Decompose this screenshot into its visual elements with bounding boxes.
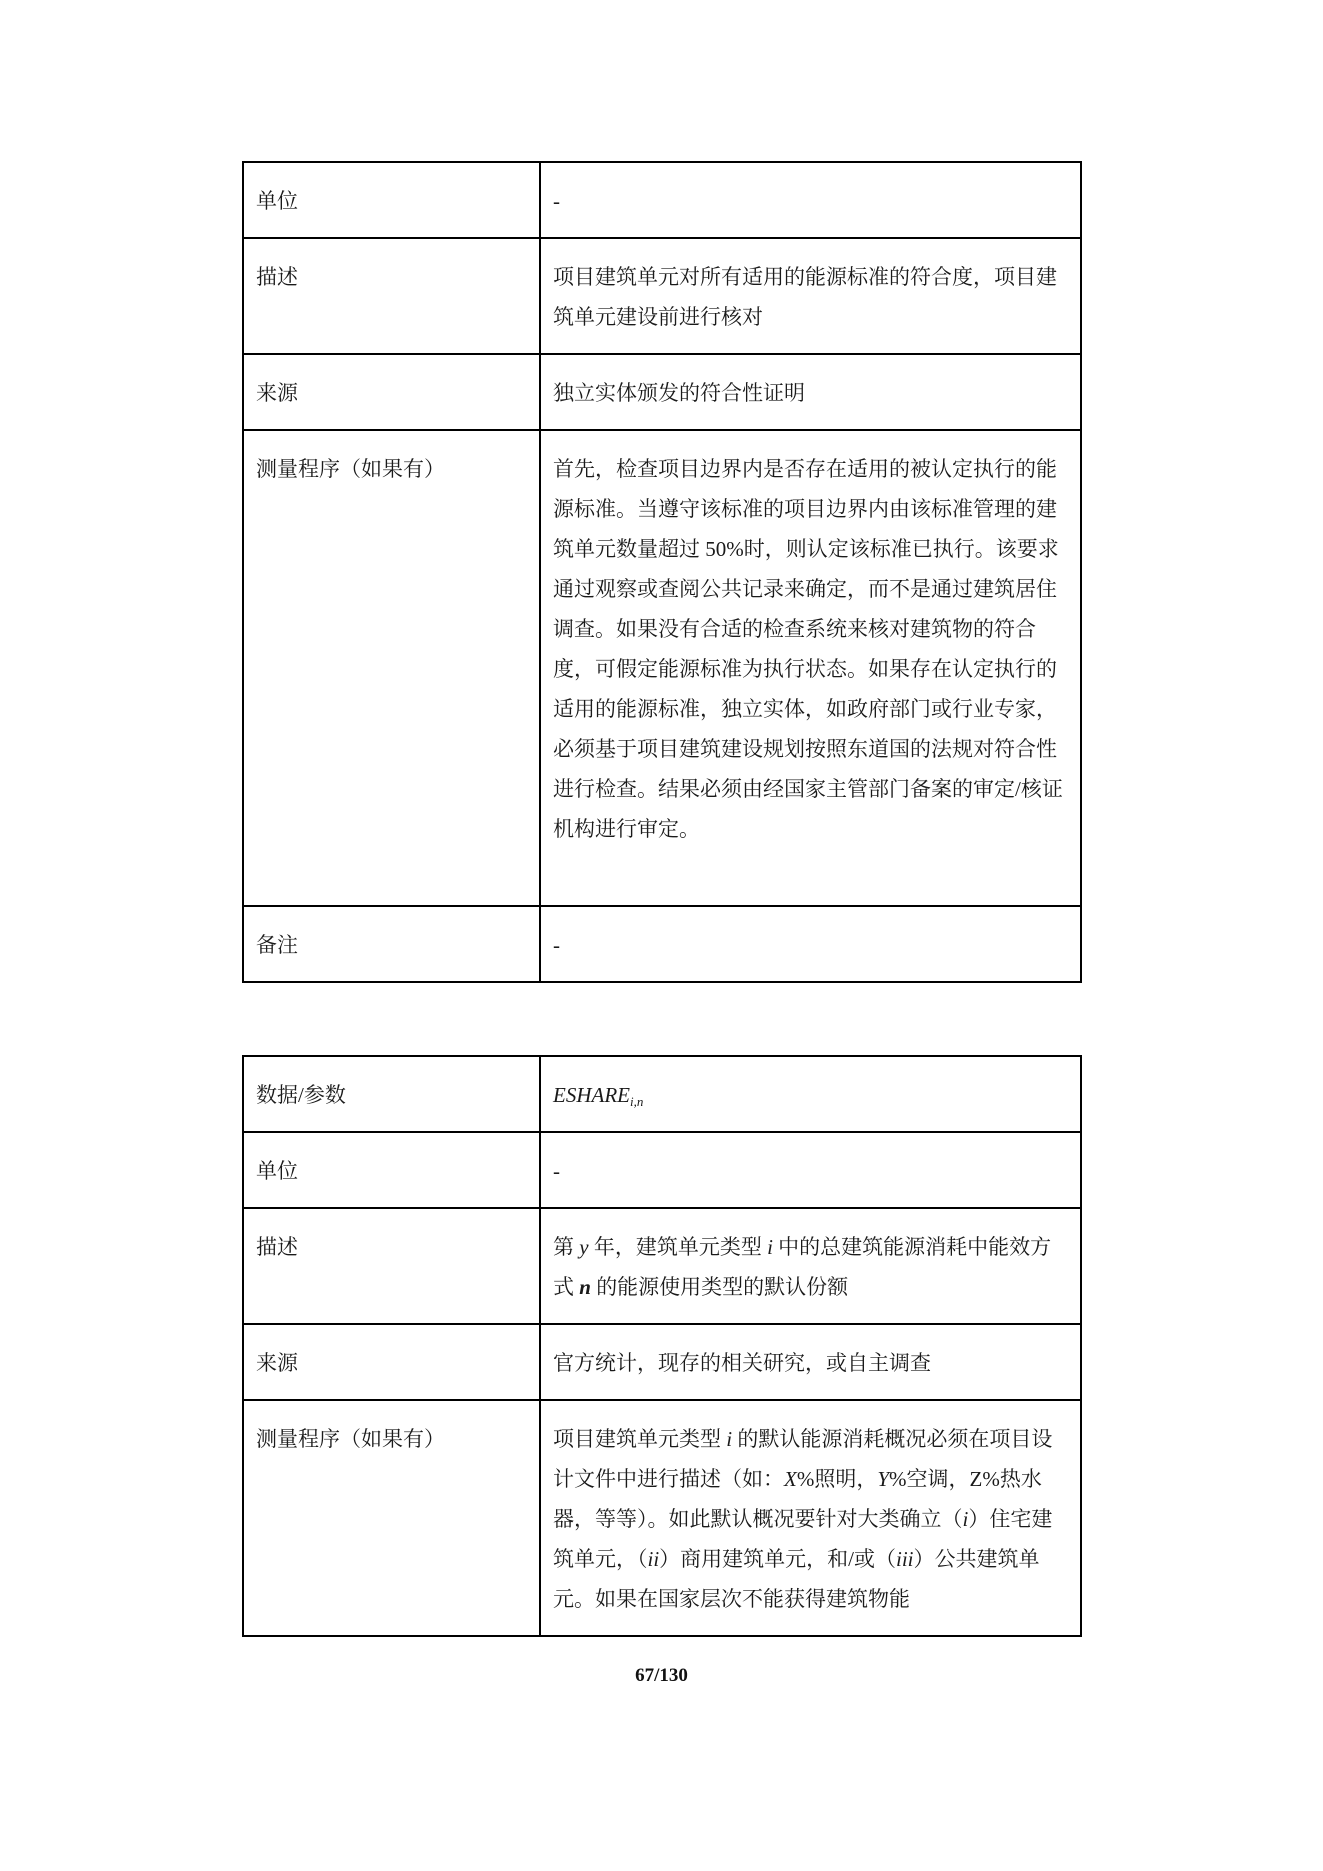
table-row-measurement-procedure: 测量程序（如果有） 项目建筑单元类型 i 的默认能源消耗概况必须在项目设计文件中… xyxy=(243,1400,1081,1636)
row-label: 测量程序（如果有） xyxy=(256,431,527,505)
row-value: 第 y 年，建筑单元类型 i 中的总建筑能源消耗中能效方式 n 的能源使用类型的… xyxy=(553,1209,1068,1323)
row-label-cell: 数据/参数 xyxy=(243,1056,540,1132)
parameter-table-1: 单位 - 描述 项目建筑单元对所有适用的能源标准的符合度，项目建筑单元建设前进行… xyxy=(242,161,1082,983)
row-value: 官方统计，现存的相关研究，或自主调查 xyxy=(553,1325,1068,1399)
row-value-cell: - xyxy=(540,1132,1081,1208)
table-row-unit: 单位 - xyxy=(243,162,1081,238)
row-value: 项目建筑单元类型 i 的默认能源消耗概况必须在项目设计文件中进行描述（如：X%照… xyxy=(553,1401,1068,1635)
row-value: - xyxy=(553,1133,1068,1207)
row-value: 项目建筑单元对所有适用的能源标准的符合度，项目建筑单元建设前进行核对 xyxy=(553,239,1068,353)
row-label: 描述 xyxy=(256,1209,527,1283)
row-value-cell: 项目建筑单元类型 i 的默认能源消耗概况必须在项目设计文件中进行描述（如：X%照… xyxy=(540,1400,1081,1636)
row-label-cell: 测量程序（如果有） xyxy=(243,430,540,906)
symbol-subscript: i,n xyxy=(630,1094,643,1109)
row-label-cell: 单位 xyxy=(243,162,540,238)
row-value-cell: - xyxy=(540,162,1081,238)
row-label: 来源 xyxy=(256,1325,527,1399)
table-row-description: 描述 项目建筑单元对所有适用的能源标准的符合度，项目建筑单元建设前进行核对 xyxy=(243,238,1081,354)
row-value: 首先，检查项目边界内是否存在适用的被认定执行的能源标准。当遵守该标准的项目边界内… xyxy=(553,431,1068,865)
symbol-name: ESHARE xyxy=(553,1083,630,1107)
row-label-cell: 测量程序（如果有） xyxy=(243,1400,540,1636)
row-value-cell: 官方统计，现存的相关研究，或自主调查 xyxy=(540,1324,1081,1400)
table-row-description: 描述 第 y 年，建筑单元类型 i 中的总建筑能源消耗中能效方式 n 的能源使用… xyxy=(243,1208,1081,1324)
row-value-cell: 首先，检查项目边界内是否存在适用的被认定执行的能源标准。当遵守该标准的项目边界内… xyxy=(540,430,1081,906)
row-value-cell: 项目建筑单元对所有适用的能源标准的符合度，项目建筑单元建设前进行核对 xyxy=(540,238,1081,354)
row-label: 测量程序（如果有） xyxy=(256,1401,527,1475)
row-value: - xyxy=(553,163,1068,237)
row-value: 独立实体颁发的符合性证明 xyxy=(553,355,1068,429)
row-value-cell: 第 y 年，建筑单元类型 i 中的总建筑能源消耗中能效方式 n 的能源使用类型的… xyxy=(540,1208,1081,1324)
table-row-remarks: 备注 - xyxy=(243,906,1081,982)
parameter-symbol: ESHAREi,n xyxy=(553,1057,1068,1131)
row-label: 备注 xyxy=(256,907,527,981)
row-label: 描述 xyxy=(256,239,527,313)
row-label: 来源 xyxy=(256,355,527,429)
row-label-cell: 来源 xyxy=(243,354,540,430)
row-value-cell: ESHAREi,n xyxy=(540,1056,1081,1132)
row-label-cell: 来源 xyxy=(243,1324,540,1400)
parameter-table-2: 数据/参数 ESHAREi,n 单位 - 描述 第 y 年，建筑单元类型 i 中… xyxy=(242,1055,1082,1637)
row-value-cell: - xyxy=(540,906,1081,982)
row-label: 单位 xyxy=(256,1133,527,1207)
table-row-source: 来源 官方统计，现存的相关研究，或自主调查 xyxy=(243,1324,1081,1400)
row-label-cell: 单位 xyxy=(243,1132,540,1208)
table-row-source: 来源 独立实体颁发的符合性证明 xyxy=(243,354,1081,430)
table-row-measurement-procedure: 测量程序（如果有） 首先，检查项目边界内是否存在适用的被认定执行的能源标准。当遵… xyxy=(243,430,1081,906)
row-label-cell: 描述 xyxy=(243,1208,540,1324)
row-label: 单位 xyxy=(256,163,527,237)
table-row-unit: 单位 - xyxy=(243,1132,1081,1208)
row-value-cell: 独立实体颁发的符合性证明 xyxy=(540,354,1081,430)
page-number: 67/130 xyxy=(0,1665,1323,1687)
row-label-cell: 描述 xyxy=(243,238,540,354)
row-label-cell: 备注 xyxy=(243,906,540,982)
table-row-parameter: 数据/参数 ESHAREi,n xyxy=(243,1056,1081,1132)
row-value: - xyxy=(553,907,1068,981)
row-label: 数据/参数 xyxy=(256,1057,527,1131)
